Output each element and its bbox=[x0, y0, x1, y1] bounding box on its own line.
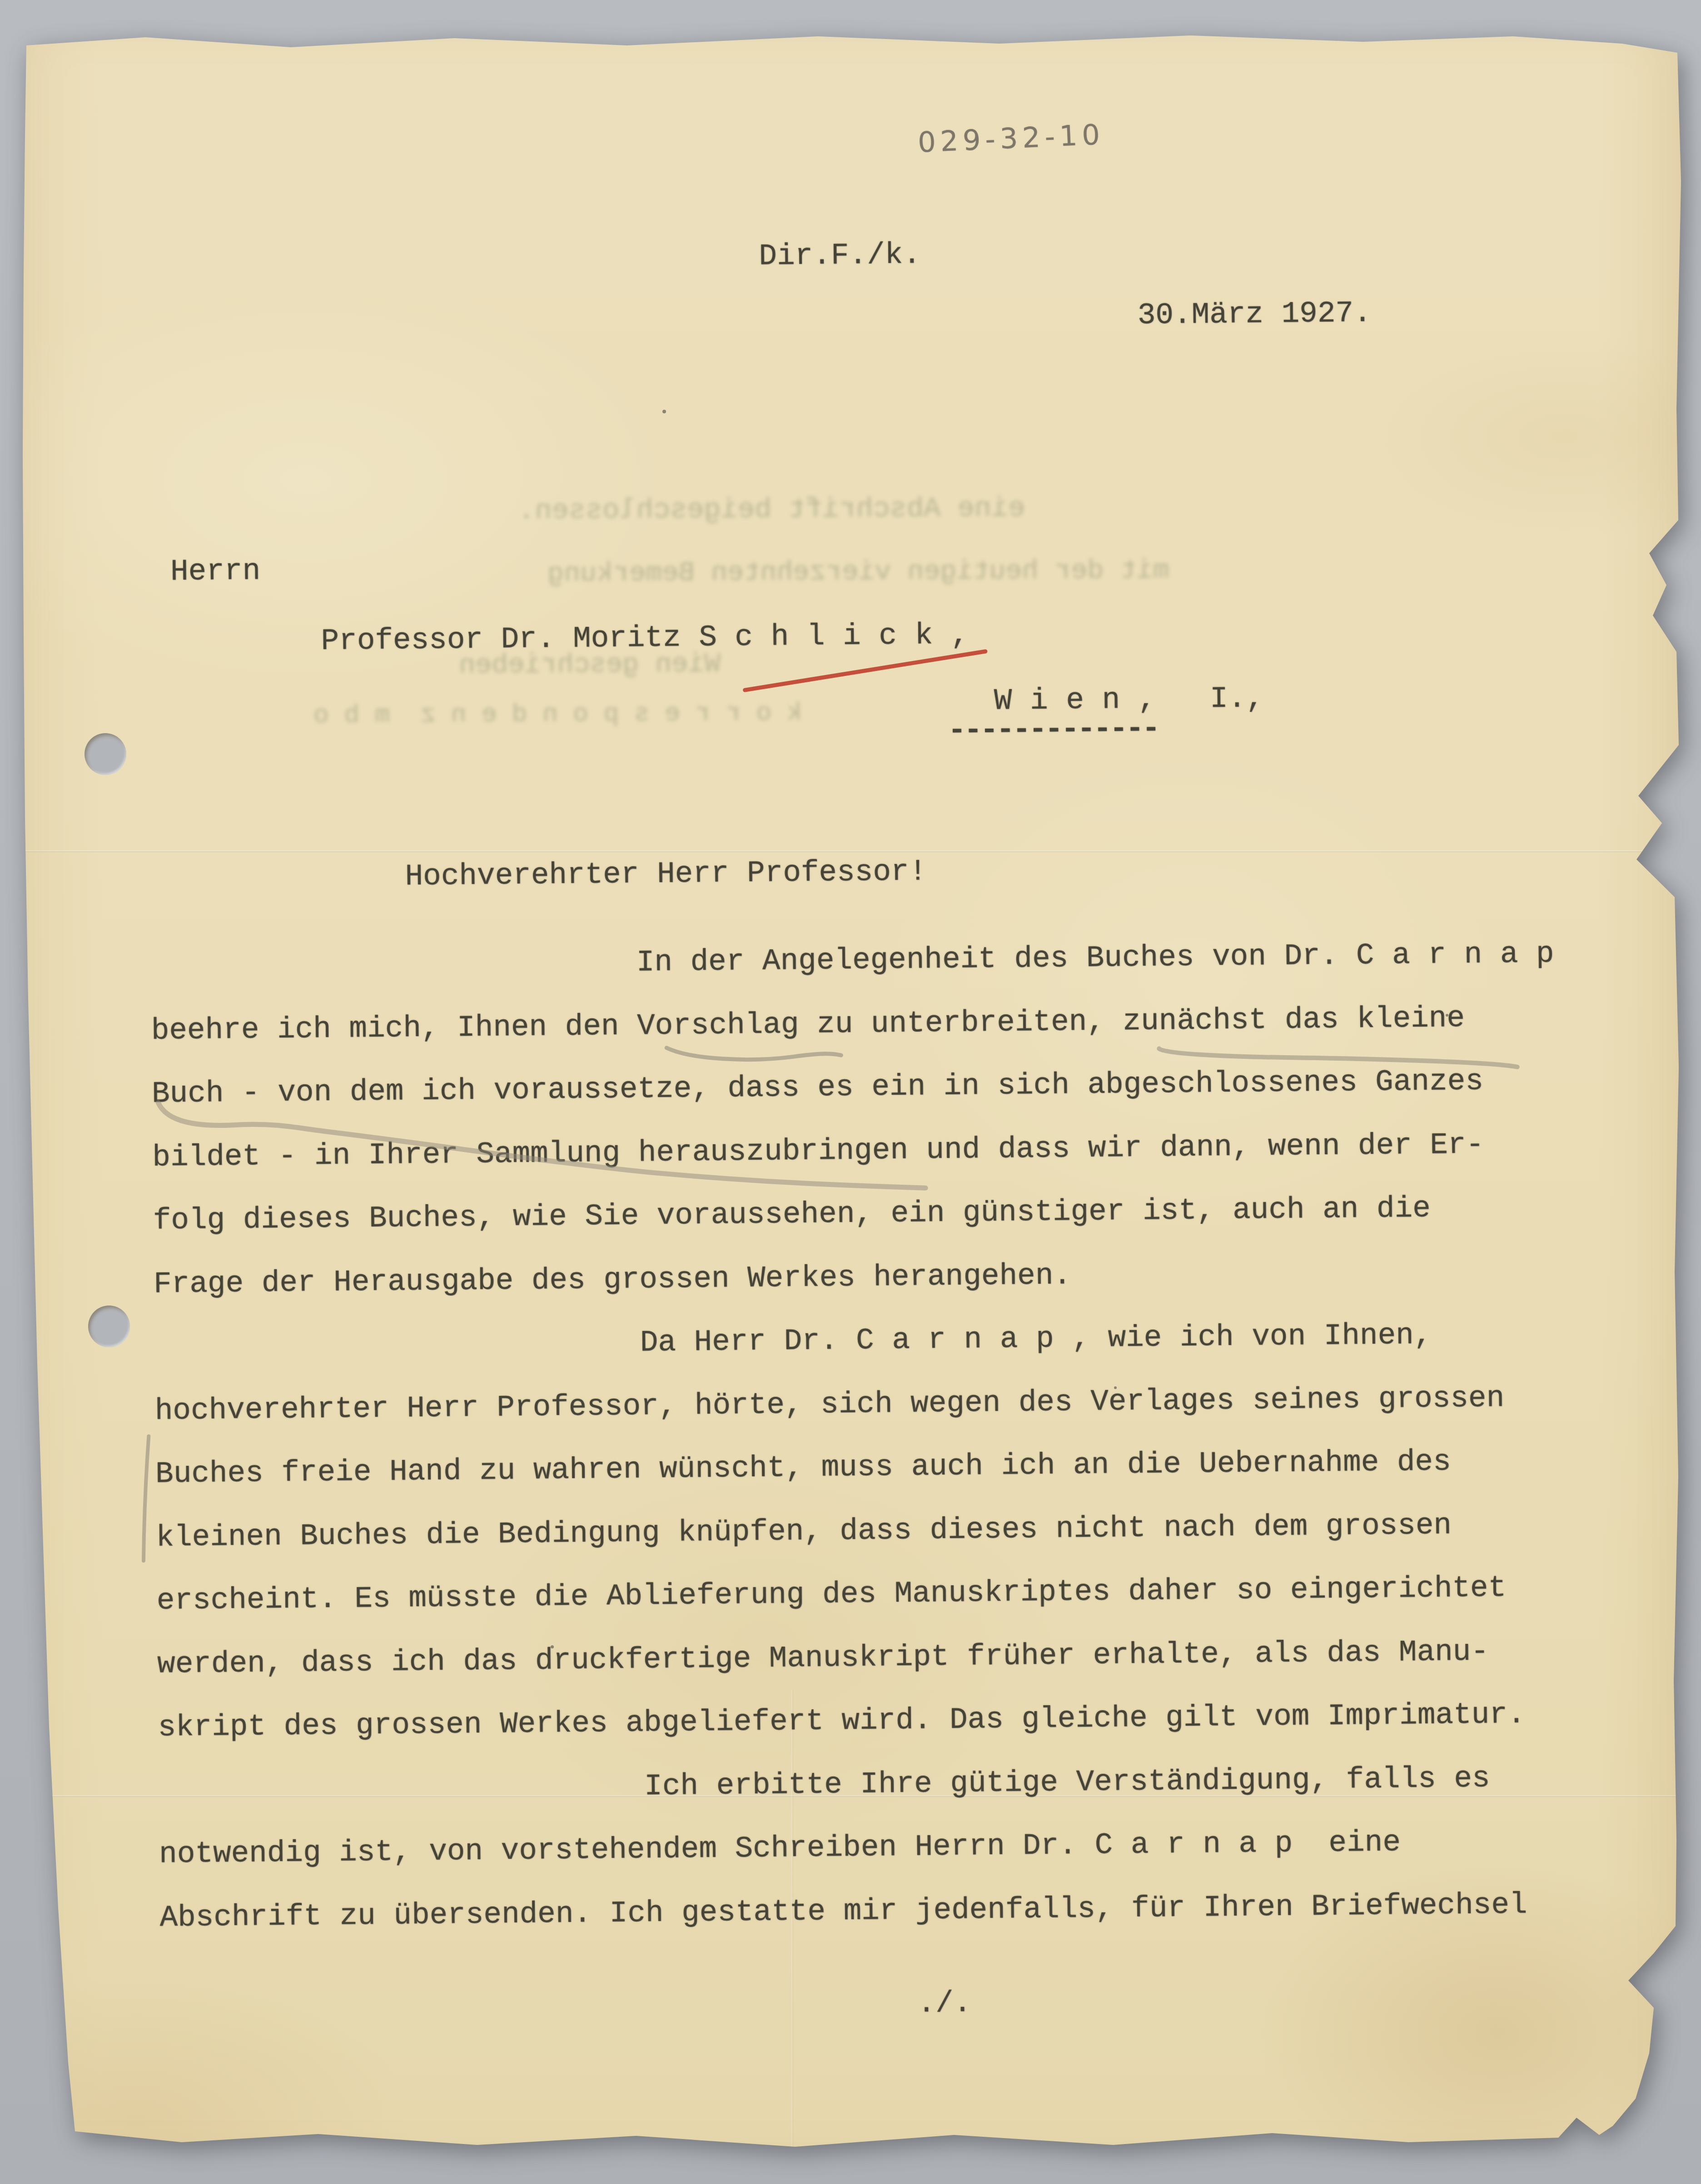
letter-body: In der Angelegenheit des Buches von Dr. … bbox=[150, 922, 1564, 1950]
body-line: Abschrift zu übersenden. Ich gestatte mi… bbox=[159, 1872, 1563, 1949]
punch-hole bbox=[85, 733, 126, 775]
address-salutation: Herrn bbox=[170, 554, 261, 589]
red-pencil-underline bbox=[745, 651, 986, 690]
continuation-mark: ./. bbox=[917, 1986, 972, 2020]
paper: eine Abschrift beigeschlossen.mit der he… bbox=[0, 0, 1701, 2184]
reference-mark: Dir.F./k. bbox=[759, 238, 921, 273]
punch-hole bbox=[88, 1305, 130, 1347]
pencil-margin-line bbox=[142, 1436, 150, 1561]
typed-content: Dir.F./k. 30.März 1927. Herrn Professor … bbox=[0, 0, 1701, 2184]
recipient-name: Professor Dr. Moritz S c h l i c k , bbox=[321, 618, 969, 658]
letter-sheet: eine Abschrift beigeschlossen.mit der he… bbox=[0, 0, 1701, 2184]
city-typed-underline: ------------- bbox=[948, 711, 1159, 747]
body-line: folg dieses Buches, wie Sie voraussehen,… bbox=[153, 1176, 1557, 1252]
salutation-line: Hochverehrter Herr Professor! bbox=[405, 854, 927, 893]
scan-background: { "letter": { "archival_number": "029-32… bbox=[0, 0, 1701, 2184]
date-line: 30.März 1927. bbox=[1137, 296, 1372, 333]
